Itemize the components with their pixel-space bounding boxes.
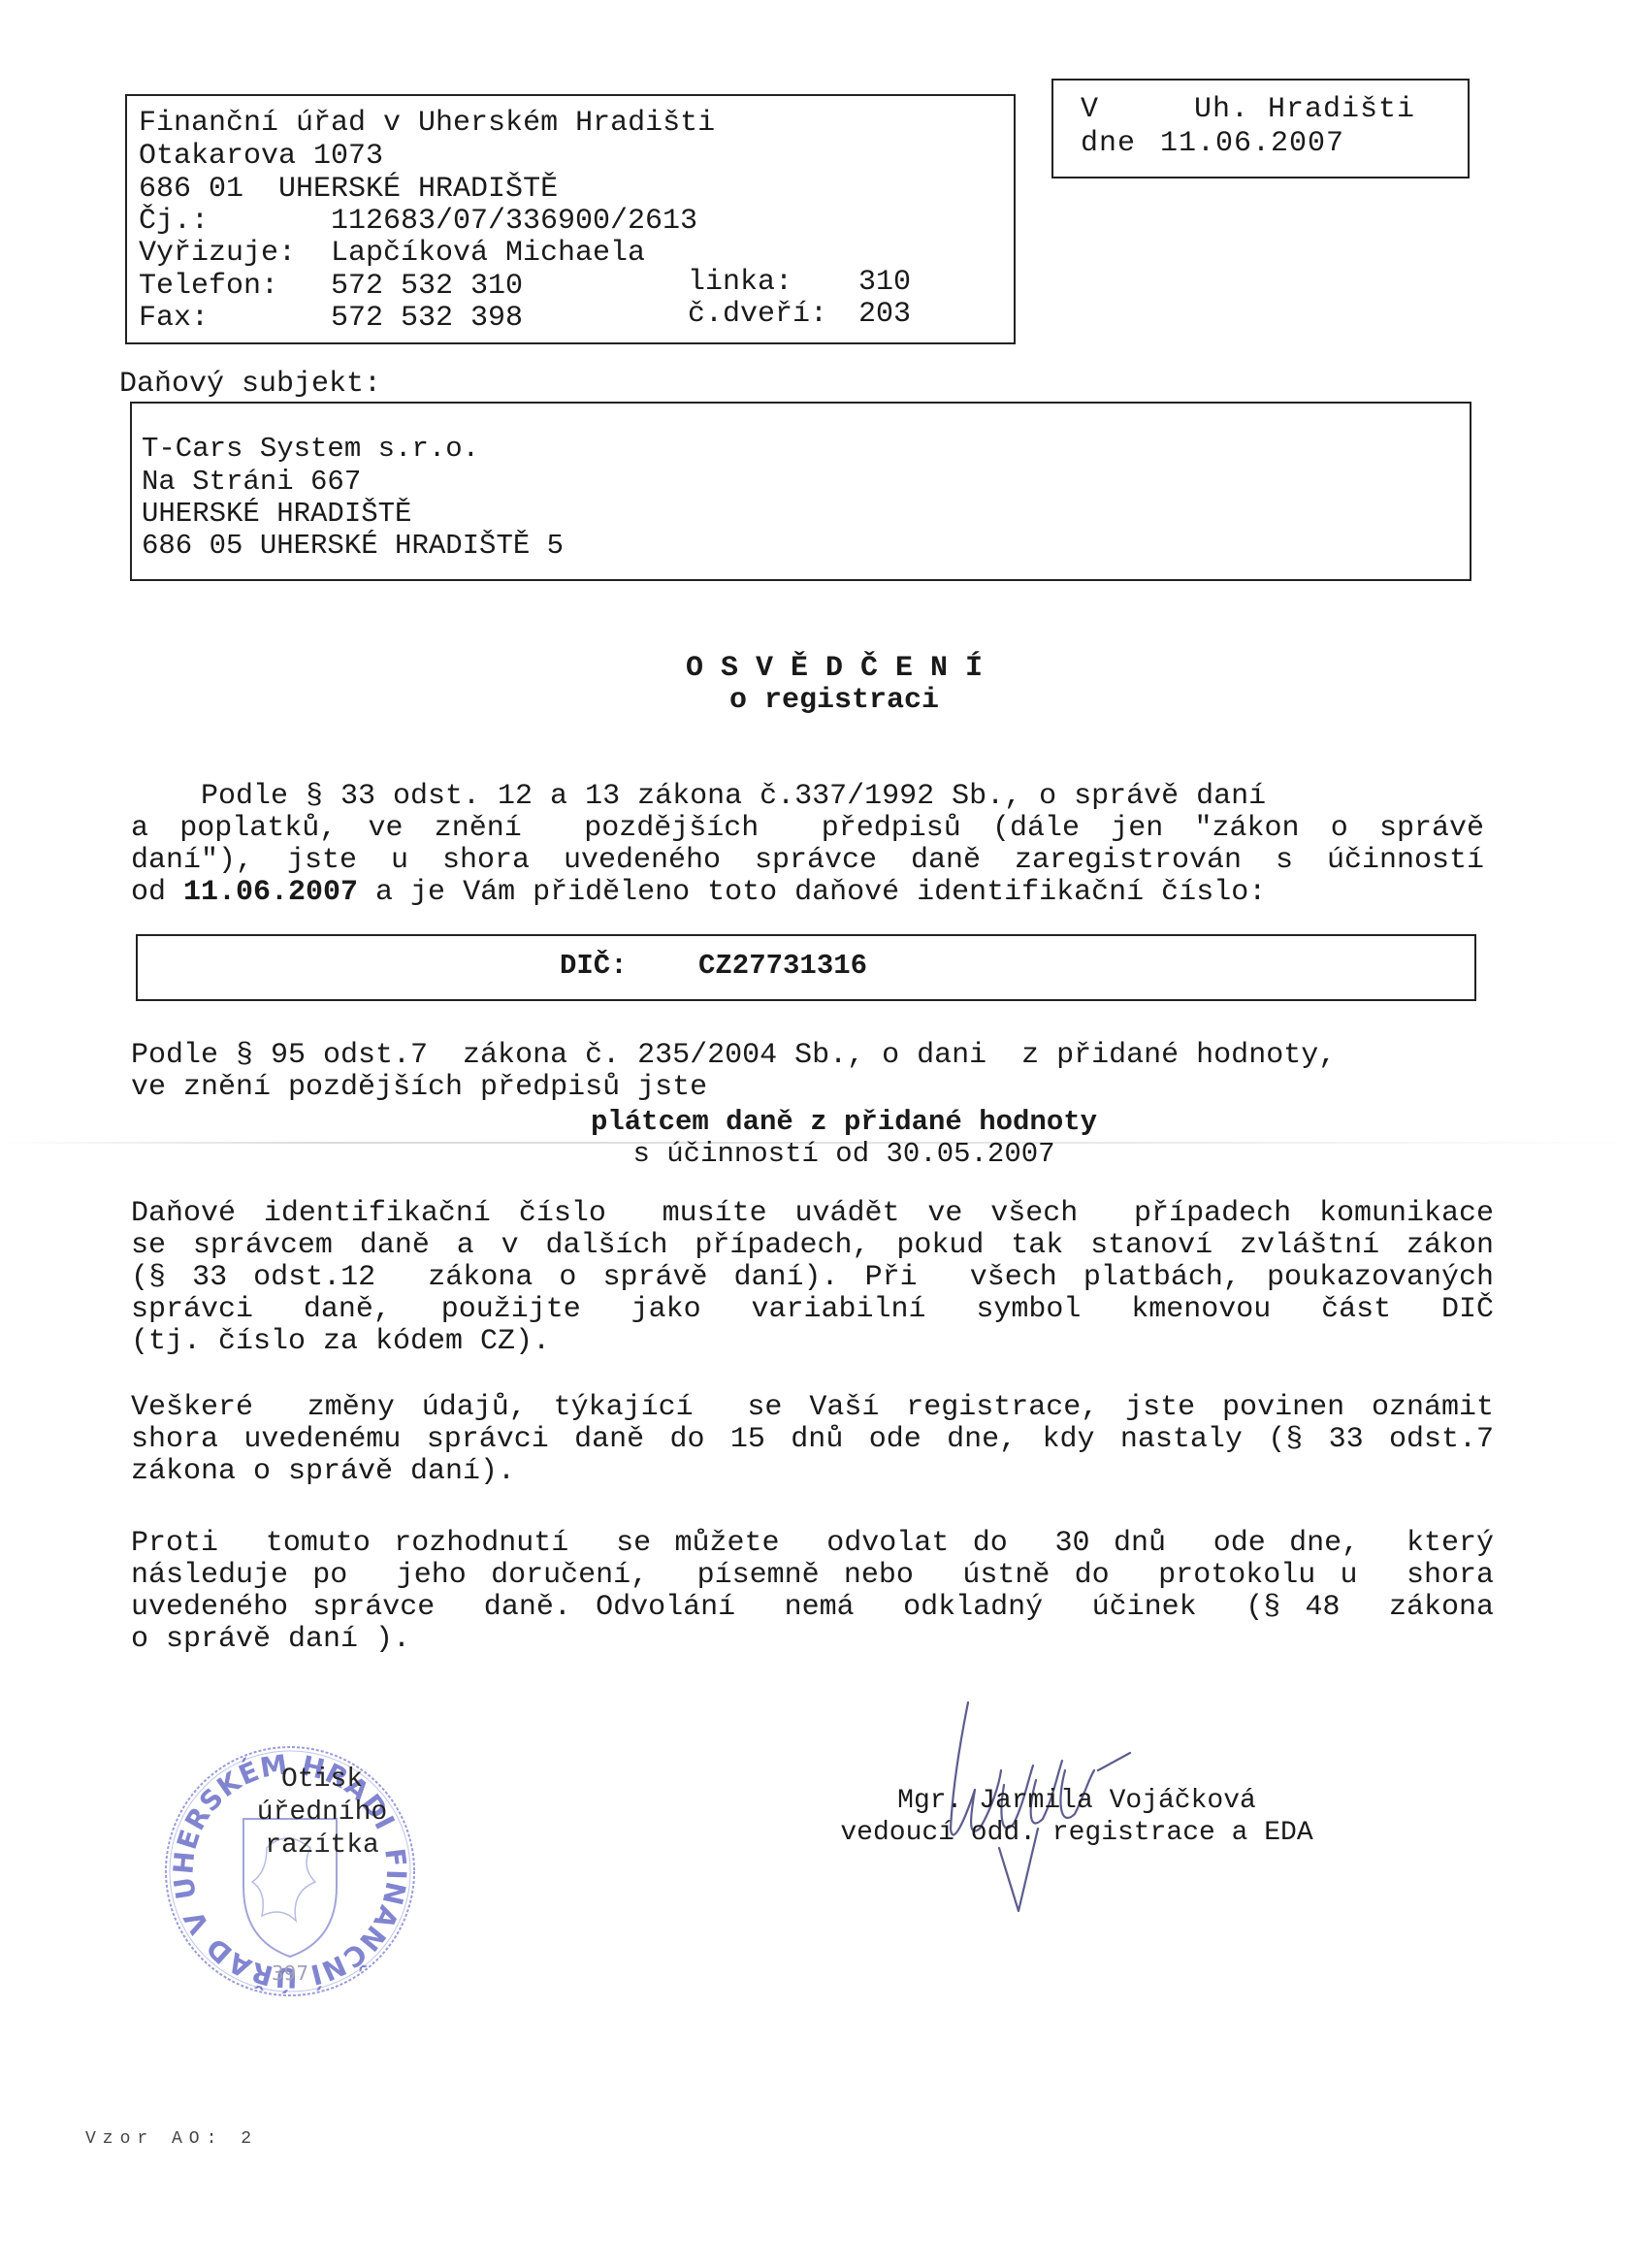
svg-text:397: 397 [272,1961,308,1985]
door-value: 203 [858,299,911,331]
place-name: Uh. Hradišti [1194,94,1415,126]
date-prefix: dne [1081,128,1136,160]
fax-label: Fax: [139,303,209,335]
paragraph-line: uvedeného správce daně. Odvolání nemá od… [131,1592,1494,1624]
phone-value: 572 532 310 [331,271,523,303]
paragraph-line: ve znění pozdějších předpisů jste [131,1072,1479,1104]
tax-subject-label: Daňový subjekt: [119,369,381,401]
office-name: Finanční úřad v Uherském Hradišti [139,108,715,140]
place-prefix: V [1081,94,1099,126]
form-code: Vzor AO: 2 [85,2129,258,2149]
stamp-label-line: Otisk [281,1765,363,1795]
paragraph-line: o správě daní ). [131,1624,1494,1656]
vat-effective-prefix: s účinností od [632,1138,886,1170]
tax-id-usage-paragraph: Daňové identifikační číslo musíte uvádět… [131,1198,1494,1358]
stamp-label-line: úředního [257,1798,387,1828]
fax-value: 572 532 398 [331,303,523,335]
paragraph-line: od 11.06.2007 a je Vám přiděleno toto da… [131,877,1484,909]
stamp-placeholder-label: Otisk úředního razítka [225,1764,419,1863]
registration-paragraph: Podle § 33 odst. 12 a 13 zákona č.337/19… [131,781,1484,909]
tax-id-box: DIČ: CZ27731316 [136,934,1476,1001]
paragraph-line: Veškeré změny údajů, týkající se Vaší re… [131,1392,1494,1424]
handler-value: Lapčíková Michaela [331,238,645,270]
paragraph-line: shora uvedenému správci daně do 15 dnů o… [131,1424,1494,1456]
paragraph-line: Podle § 95 odst.7 zákona č. 235/2004 Sb.… [131,1040,1479,1072]
reference-label: Čj.: [139,206,209,238]
paragraph-line: následuje po jeho doručení, písemně nebo… [131,1560,1494,1592]
date-box: V Uh. Hradišti dne 11.06.2007 [1051,79,1470,178]
vat-effective-date: 30.05.2007 [887,1138,1055,1170]
office-city: 686 01 UHERSKÉ HRADIŠTĚ [139,174,558,206]
subject-city: UHERSKÉ HRADIŠTĚ [142,498,411,530]
stamp-label-line: razítka [265,1831,379,1861]
handler-label: Vyřizuje: [139,238,296,270]
subject-postal: 686 05 UHERSKÉ HRADIŠTĚ 5 [142,530,564,562]
extension-value: 310 [858,267,911,299]
from-prefix: od [131,876,183,909]
registration-date: 11.06.2007 [183,876,358,909]
changes-paragraph: Veškeré změny údajů, týkající se Vaší re… [131,1392,1494,1488]
document-title: O S V Ě D Č E N Í [0,652,1649,685]
appeal-paragraph: Proti tomuto rozhodnutí se můžete odvola… [131,1528,1494,1656]
phone-label: Telefon: [139,271,278,303]
paragraph-line: (§ 33 odst.12 zákona o správě daní). Při… [131,1262,1494,1294]
office-header-box: Finanční úřad v Uherském Hradišti Otakar… [125,94,1016,344]
office-street: Otakarova 1073 [139,141,383,173]
paragraph-line: správci daně, použijte jako variabilní s… [131,1294,1494,1326]
tax-subject-box: T-Cars System s.r.o. Na Stráni 667 UHERS… [130,402,1471,581]
vat-payer-status: plátcem daně z přidané hodnoty [0,1106,1649,1138]
signatory-name: Mgr. Jarmila Vojáčková [776,1785,1377,1817]
paragraph-line: a poplatků, ve znění pozdějších předpisů… [131,813,1484,845]
paragraph-line: se správcem daně a v dalších případech, … [131,1230,1494,1262]
issue-date: 11.06.2007 [1160,128,1344,160]
paragraph-line: (tj. číslo za kódem CZ). [131,1326,1494,1358]
subject-name: T-Cars System s.r.o. [142,433,479,465]
signatory-position: vedoucí odd. registrace a EDA [776,1817,1377,1849]
paragraph-line: zákona o správě daní). [131,1456,1494,1488]
paragraph-line: daní"), jste u shora uvedeného správce d… [131,845,1484,877]
vat-effective-line: s účinností od 30.05.2007 [0,1138,1649,1170]
document-subtitle: o registraci [0,684,1649,717]
from-suffix: a je Vám přiděleno toto daňové identifik… [358,876,1266,909]
paragraph-line: Daňové identifikační číslo musíte uvádět… [131,1198,1494,1230]
paragraph-line: Proti tomuto rozhodnutí se můžete odvola… [131,1528,1494,1560]
reference-value: 112683/07/336900/2613 [331,206,697,238]
subject-street: Na Stráni 667 [142,466,361,498]
door-label: č.dveří: [688,299,827,331]
tax-id-value: CZ27731316 [698,950,867,982]
vat-paragraph: Podle § 95 odst.7 zákona č. 235/2004 Sb.… [131,1040,1479,1104]
extension-label: linka: [688,267,792,299]
paragraph-line: Podle § 33 odst. 12 a 13 zákona č.337/19… [131,781,1404,813]
tax-id-label: DIČ: [560,950,628,982]
